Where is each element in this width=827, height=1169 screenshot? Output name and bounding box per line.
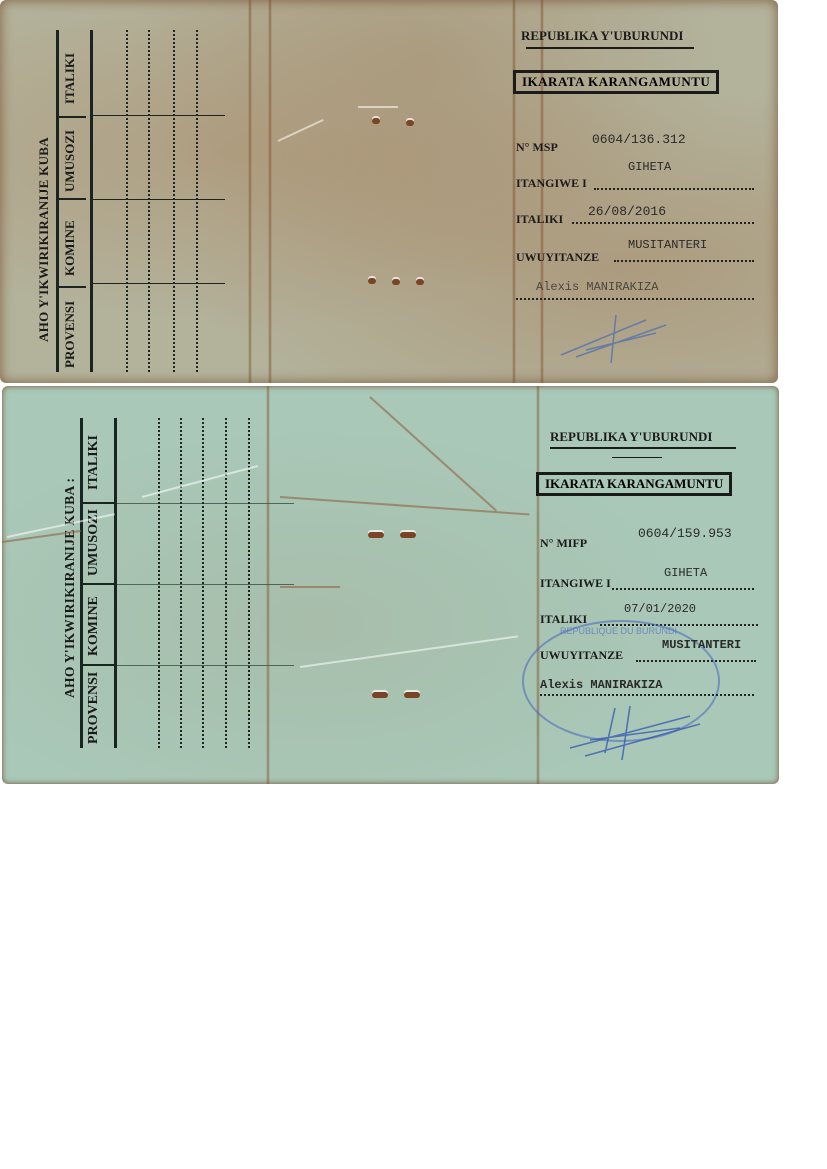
number-value: 0604/159.953 <box>638 526 732 541</box>
issuer-value: MUSITANTERI <box>662 638 741 652</box>
blank-middle-panel <box>268 0 516 383</box>
date-label: ITALIKI <box>516 212 563 227</box>
stamp-text: REPUBLIQUE DU BURUNDI <box>560 626 677 636</box>
staple-hole <box>406 120 414 126</box>
card-title: IKARATA KARANGAMUNTU <box>536 472 732 496</box>
date-value: 07/01/2020 <box>624 602 696 616</box>
signer-name: Alexis MANIRAKIZA <box>536 280 658 294</box>
number-label: N° MIFP <box>540 536 587 551</box>
issued-at-value: GIHETA <box>628 160 671 174</box>
republic-heading: REPUBLIKA Y'UBURUNDI <box>550 429 712 445</box>
number-value: 0604/136.312 <box>592 132 686 147</box>
signer-name: Alexis MANIRAKIZA <box>540 678 662 692</box>
staple-hole <box>372 692 388 698</box>
registration-panel: AHO Y'IKWIRIKIRANIJE KUBA : PROVENSI KOM… <box>2 386 268 784</box>
registration-title: AHO Y'IKWIRIKIRANIJE KUBA <box>36 137 52 342</box>
id-info-panel: REPUBLIKA Y'UBURUNDI IKARATA KARANGAMUNT… <box>516 0 778 383</box>
republic-heading: REPUBLIKA Y'UBURUNDI <box>521 28 683 44</box>
signature <box>560 698 710 763</box>
staple-hole <box>372 118 380 124</box>
staple-hole <box>404 692 420 698</box>
id-info-panel: REPUBLIKA Y'UBURUNDI IKARATA KARANGAMUNT… <box>540 386 779 784</box>
issuer-label: UWUYITANZE <box>516 250 599 265</box>
date-value: 26/08/2016 <box>588 204 666 219</box>
column-komine: KOMINE <box>86 596 102 656</box>
issued-at-label: ITANGIWE I <box>540 576 611 591</box>
card-title: IKARATA KARANGAMUNTU <box>513 70 719 94</box>
new-identity-card: AHO Y'IKWIRIKIRANIJE KUBA : PROVENSI KOM… <box>2 386 779 784</box>
staple-hole <box>392 279 400 285</box>
staple-hole <box>368 532 384 538</box>
issuer-value: MUSITANTERI <box>628 238 707 252</box>
staple-hole <box>400 532 416 538</box>
column-provensi: PROVENSI <box>62 301 78 368</box>
issued-at-label: ITANGIWE I <box>516 176 587 191</box>
column-komine: KOMINE <box>62 220 78 276</box>
column-provensi: PROVENSI <box>86 672 102 744</box>
column-italiki: ITALIKI <box>86 435 102 490</box>
column-italiki: ITALIKI <box>62 53 78 104</box>
blank-middle-panel <box>270 386 538 784</box>
signature <box>556 305 676 365</box>
old-identity-card: AHO Y'IKWIRIKIRANIJE KUBA PROVENSI KOMIN… <box>0 0 778 383</box>
staple-hole <box>416 279 424 285</box>
registration-title: AHO Y'IKWIRIKIRANIJE KUBA : <box>62 478 78 698</box>
registration-panel: AHO Y'IKWIRIKIRANIJE KUBA PROVENSI KOMIN… <box>0 0 268 383</box>
column-umusozi: UMUSOZI <box>62 130 78 192</box>
issued-at-value: GIHETA <box>664 566 707 580</box>
number-label: N° MSP <box>516 140 558 155</box>
staple-hole <box>368 278 376 284</box>
issuer-label: UWUYITANZE <box>540 648 623 663</box>
